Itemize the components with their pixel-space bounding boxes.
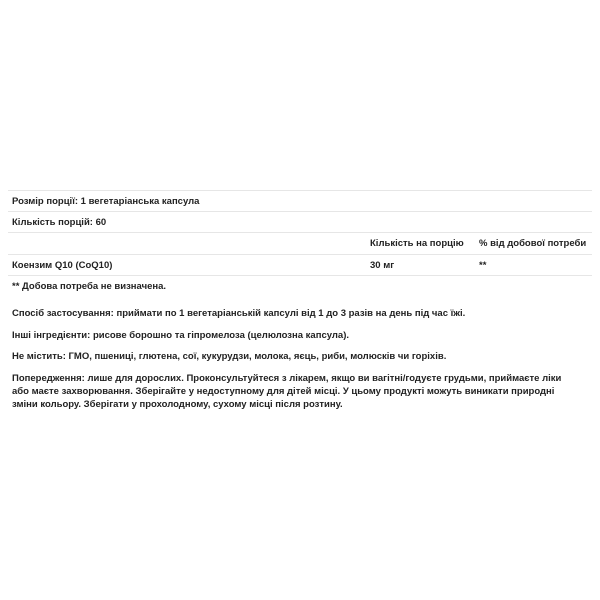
header-daily-value: % від добової потреби	[479, 238, 592, 249]
free-of-text: Не містить: ГМО, пшениці, глютена, сої, …	[12, 350, 592, 363]
supplement-facts-table: Розмір порції: 1 вегетаріанська капсула …	[8, 190, 592, 297]
servings-per-container-row: Кількість порцій: 60	[8, 212, 592, 233]
footnote: ** Добова потреба не визначена.	[12, 281, 166, 292]
other-ingredients-text: Інші інгредієнти: рисове борошно та гіпр…	[12, 329, 592, 342]
header-amount-per-serving: Кількість на порцію	[370, 238, 479, 249]
table-header-row: Кількість на порцію % від добової потреб…	[8, 233, 592, 255]
table-row: Коензим Q10 (CoQ10) 30 мг **	[8, 255, 592, 276]
serving-size: Розмір порції: 1 вегетаріанська капсула	[12, 196, 199, 207]
footnote-row: ** Добова потреба не визначена.	[8, 276, 592, 297]
ingredient-name: Коензим Q10 (CoQ10)	[12, 260, 370, 271]
serving-size-row: Розмір порції: 1 вегетаріанська капсула	[8, 191, 592, 212]
ingredient-amount: 30 мг	[370, 260, 479, 271]
warning-text: Попередження: лише для дорослих. Проконс…	[12, 372, 572, 411]
ingredient-daily-value: **	[479, 260, 592, 271]
servings-per-container: Кількість порцій: 60	[12, 217, 106, 228]
usage-text: Спосіб застосування: приймати по 1 вегет…	[12, 307, 592, 320]
